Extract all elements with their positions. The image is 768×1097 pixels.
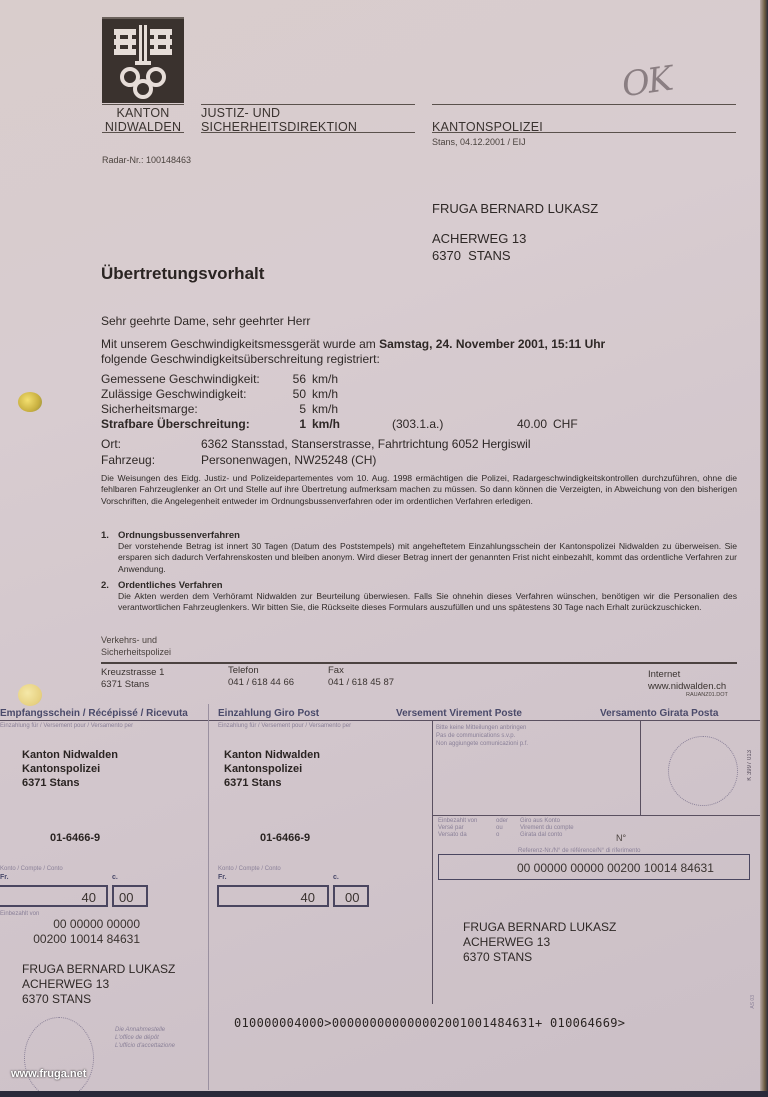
pushpin-icon (18, 392, 42, 412)
ocr-code-line: 010000004000>000000000000002001001484631… (234, 1016, 625, 1030)
receipt-cents-field: 00 (112, 885, 148, 907)
violation-datetime: Samstag, 24. November 2001, 15:11 Uhr (379, 337, 605, 351)
giro-cents-field: 00 (333, 885, 369, 907)
option-ordnungsbusse: 1.Ordnungsbussenverfahren Der vorstehend… (101, 530, 737, 575)
payment-slip: Empfangsschein / Récépissé / Ricevuta Ei… (0, 700, 764, 1093)
place-date: Stans, 04.12.2001 / EIJ (432, 137, 526, 147)
pushpin-icon (18, 684, 42, 706)
receipt-payer: FRUGA BERNARD LUKASZ ACHERWEG 13 6370 ST… (22, 962, 175, 1007)
page-edge (760, 0, 768, 1097)
salutation: Sehr geehrte Dame, sehr geehrter Herr (101, 314, 310, 328)
location-value: 6362 Stansstad, Stanserstrasse, Fahrtric… (201, 437, 531, 451)
document-page: KANTON NIDWALDEN JUSTIZ- UND SICHERHEITS… (0, 0, 764, 1093)
speed-row: Gemessene Geschwindigkeit: 56 km/h (101, 372, 578, 387)
intro-paragraph: Mit unserem Geschwindigkeitsmessgerät wu… (101, 337, 605, 367)
speed-row-penalty: Strafbare Überschreitung: 1 km/h (303.1.… (101, 417, 578, 432)
reference-number: 00 00000 00000 00200 10014 84631 (517, 861, 714, 876)
recipient-address: FRUGA BERNARD LUKASZ ACHERWEG 13 6370 ST… (432, 200, 598, 264)
office-label: Die Annahmestelle L'office de dépôt L'uf… (115, 1026, 175, 1050)
giro-payee: Kanton Nidwalden Kantonspolizei 6371 Sta… (224, 748, 320, 790)
receipt-payee: Kanton Nidwalden Kantonspolizei 6371 Sta… (22, 748, 118, 790)
receipt-stamp-area (24, 1017, 94, 1097)
giro-payer: FRUGA BERNARD LUKASZ ACHERWEG 13 6370 ST… (463, 920, 616, 965)
nidwalden-coat-of-arms-icon (102, 19, 184, 103)
receipt-account-number: 01-6466-9 (50, 831, 100, 845)
receipt-francs-field: 40 (0, 885, 108, 907)
handwritten-note: OK (619, 59, 673, 105)
department-line1: JUSTIZ- UND (201, 106, 357, 120)
giro-title: Einzahlung Giro Post (218, 708, 319, 719)
violation-details: Ort:6362 Stansstad, Stanserstrasse, Fahr… (101, 436, 531, 468)
footer-address: Kreuzstrasse 1 6371 Stans (101, 667, 164, 691)
footer-fax: Fax 041 / 618 45 87 (328, 665, 394, 689)
recipient-city: 6370 STANS (432, 247, 598, 264)
letter-title: Übertretungsvorhalt (101, 264, 264, 284)
option-ordentliches-verfahren: 2.Ordentliches Verfahren Die Akten werde… (101, 580, 737, 614)
radar-number: Radar-Nr.: 100148463 (102, 155, 191, 165)
unit-name: KANTONSPOLIZEI (432, 120, 543, 134)
logo (102, 17, 184, 103)
speed-row: Zulässige Geschwindigkeit: 50 km/h (101, 387, 578, 402)
watermark: www.fruga.net (11, 1068, 86, 1080)
article-reference: (303.1.a.) (392, 417, 497, 432)
receipt-reference: 00 00000 00000 00200 10014 84631 (25, 917, 140, 947)
footer-internet: Internet www.nidwalden.ch (648, 669, 726, 693)
receipt-title: Empfangsschein / Récépissé / Ricevuta (0, 708, 188, 719)
virement-title: Versement Virement Poste (396, 708, 522, 719)
legal-text: Die Weisungen des Eidg. Justiz- und Poli… (101, 473, 737, 507)
page-edge-bottom (0, 1091, 768, 1097)
fine-amount: 40.00 (497, 417, 547, 432)
canton-name-line1: KANTON (102, 106, 184, 120)
girata-title: Versamento Girata Posta (600, 708, 718, 719)
side-code: K 3997 013 (747, 750, 753, 781)
recipient-name: FRUGA BERNARD LUKASZ (432, 200, 598, 217)
recipient-street: ACHERWEG 13 (432, 230, 598, 247)
giro-francs-field: 40 (217, 885, 329, 907)
signature: Verkehrs- und Sicherheitspolizei (101, 634, 171, 658)
speed-row: Sicherheitsmarge: 5 km/h (101, 402, 578, 417)
footer-phone: Telefon 041 / 618 44 66 (228, 665, 294, 689)
department-line2: SICHERHEITSDIREKTION (201, 120, 357, 134)
communications-label: Bitte keine Mitteilungen anbringen Pas d… (436, 724, 528, 748)
postal-stamp-area (668, 736, 738, 806)
speed-table: Gemessene Geschwindigkeit: 56 km/h Zuläs… (101, 372, 578, 432)
fine-currency: CHF (547, 417, 578, 432)
doc-code: RAUANZ01.DOT (686, 692, 728, 698)
giro-account-number: 01-6466-9 (260, 831, 310, 845)
vehicle-value: Personenwagen, NW25248 (CH) (201, 453, 376, 467)
canton-name-line2: NIDWALDEN (102, 120, 184, 134)
